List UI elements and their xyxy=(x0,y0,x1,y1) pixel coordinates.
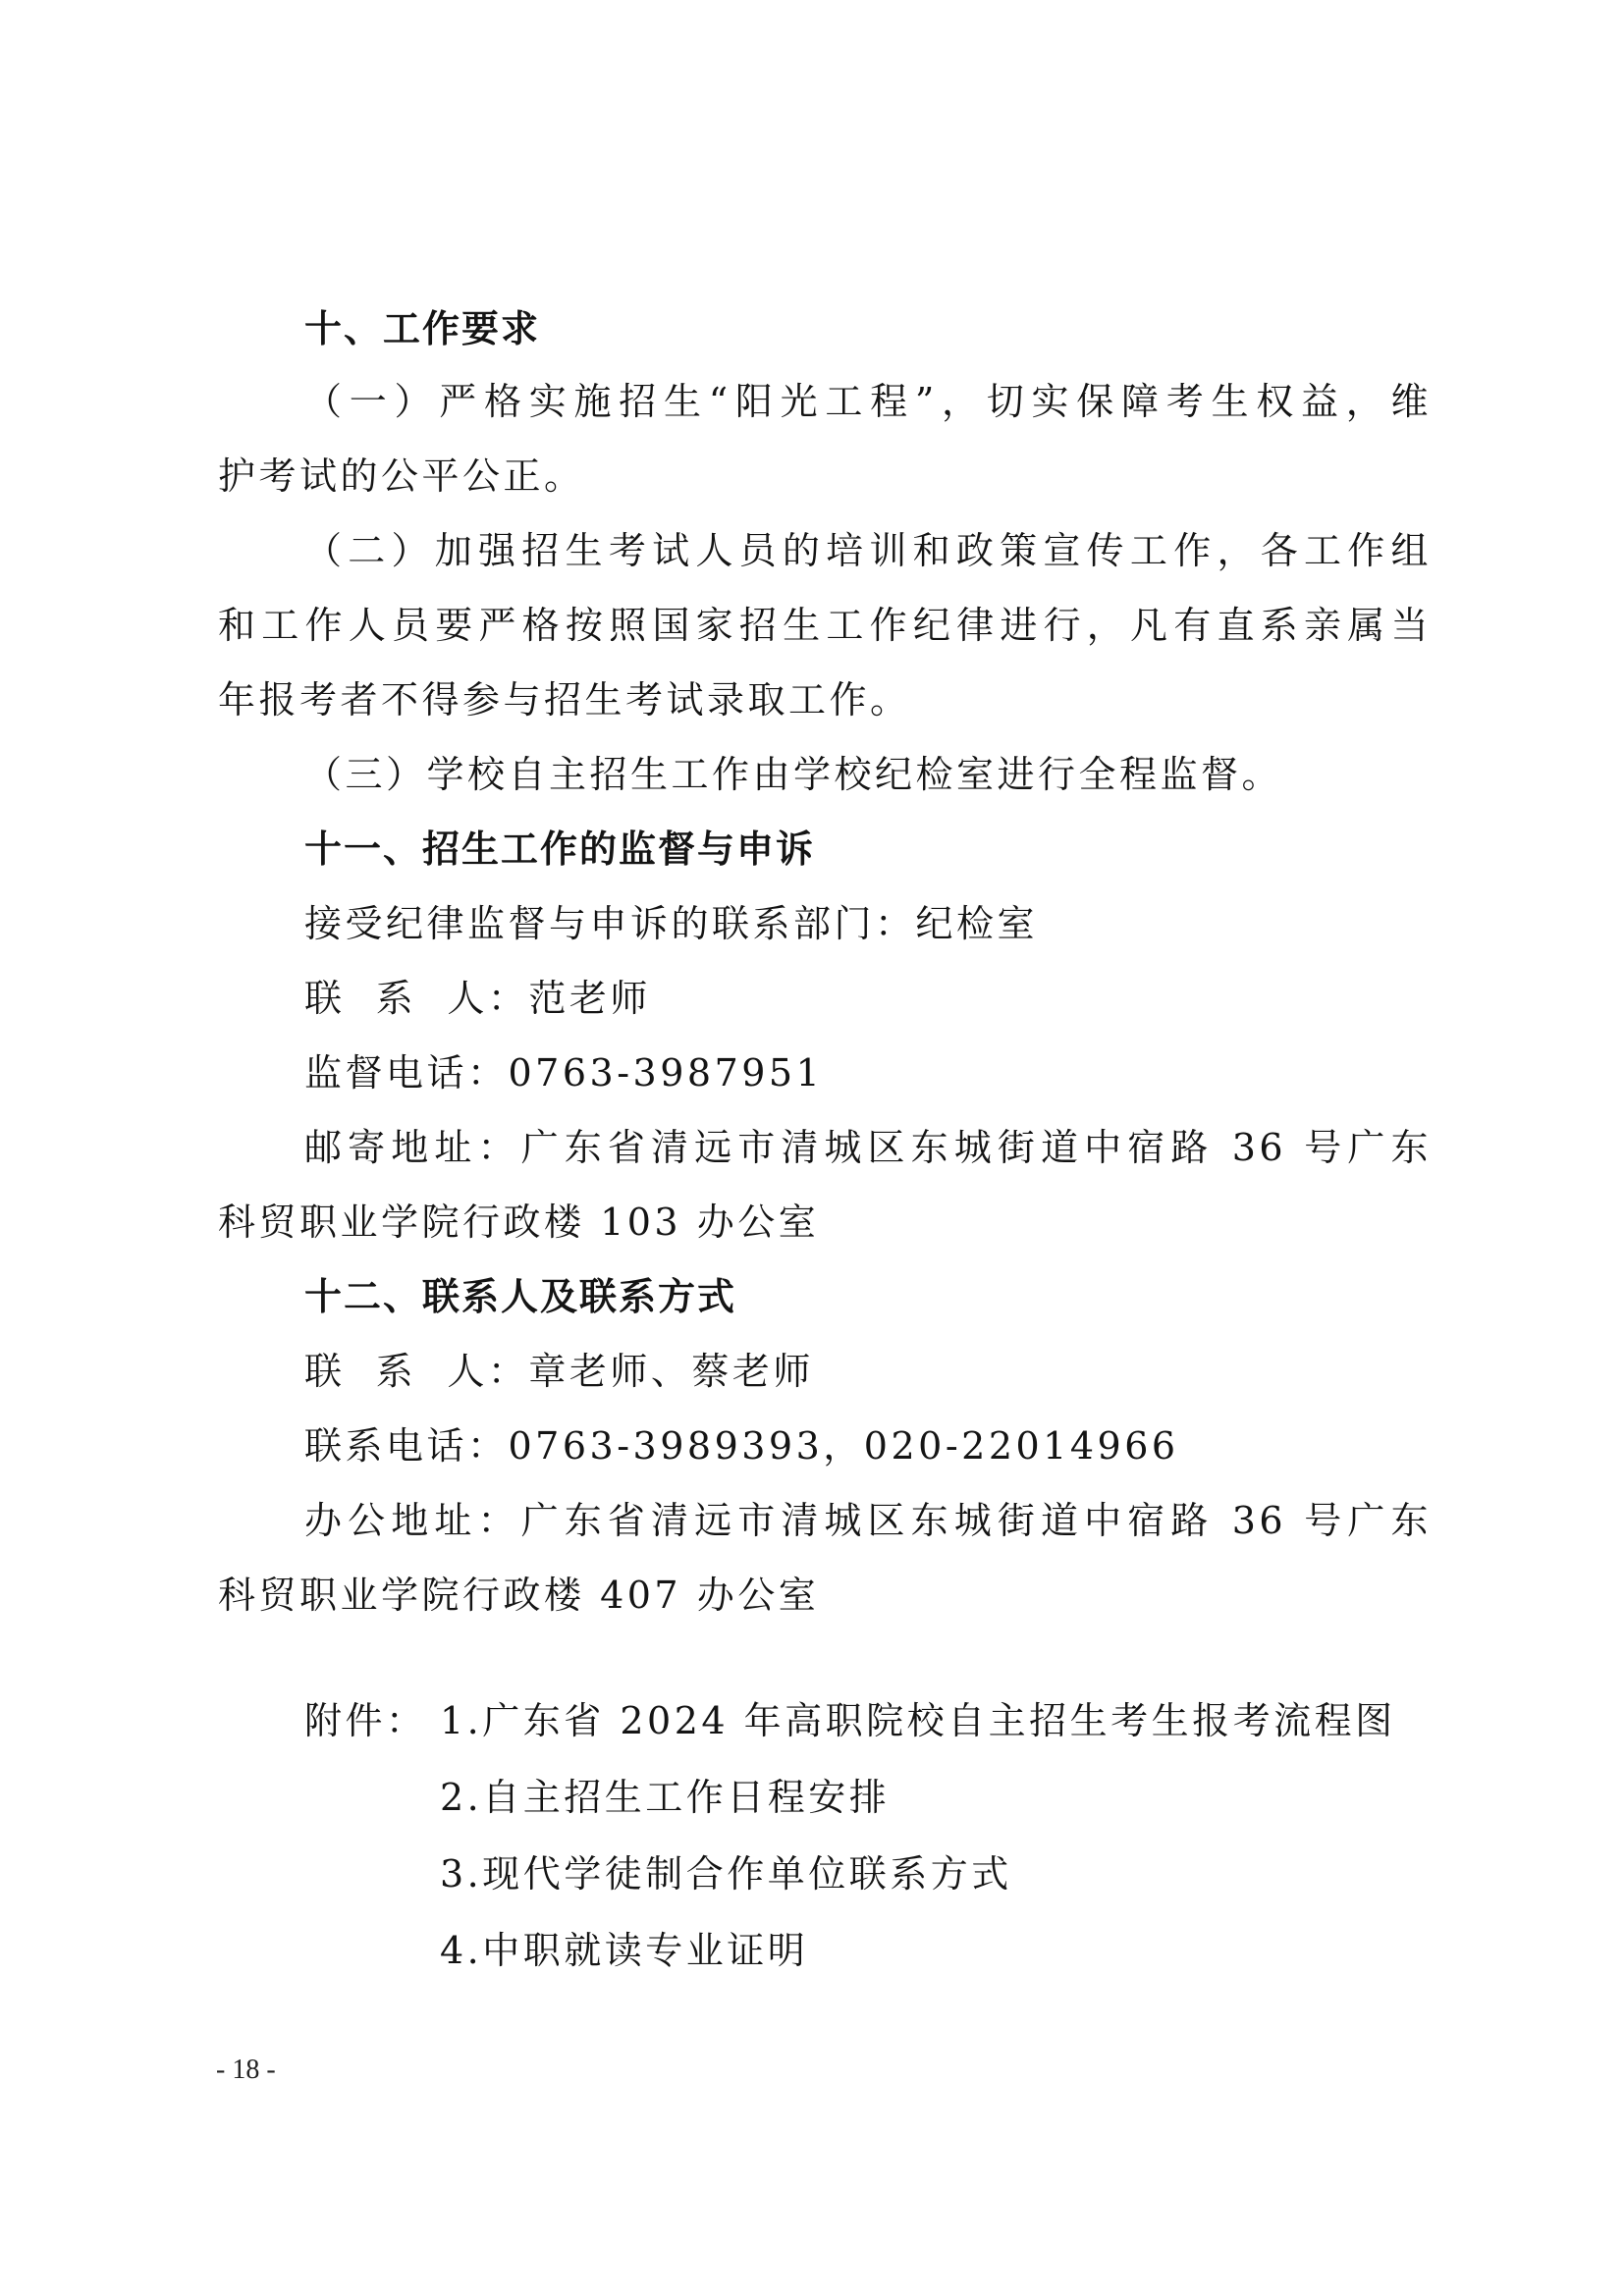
supervision-address-line-2: 科贸职业学院行政楼 103 办公室 xyxy=(218,1200,1435,1245)
supervision-address-line-1: 邮寄地址：广东省清远市清城区东城街道中宿路 36 号广东 xyxy=(304,1125,1432,1170)
contact-persons: 联 系 人：章老师、蔡老师 xyxy=(304,1349,1522,1394)
office-address-line-2: 科贸职业学院行政楼 407 办公室 xyxy=(218,1573,1435,1618)
contact-phone: 联系电话：0763-3989393，020-22014966 xyxy=(304,1423,1522,1468)
attachment-item-4: 4.中职就读专业证明 xyxy=(440,1928,1624,1973)
attachment-item-2: 2.自主招生工作日程安排 xyxy=(440,1775,1624,1820)
page-number: - 18 - xyxy=(216,2055,276,2086)
paragraph-10-2-line-2: 和工作人员要严格按照国家招生工作纪律进行，凡有直系亲属当 xyxy=(218,603,1432,648)
supervision-phone: 监督电话：0763-3987951 xyxy=(304,1050,1522,1095)
supervision-contact-person: 联 系 人：范老师 xyxy=(304,976,1522,1021)
section-12-heading: 十二、联系人及联系方式 xyxy=(304,1274,1522,1319)
office-address-line-1: 办公地址：广东省清远市清城区东城街道中宿路 36 号广东 xyxy=(304,1498,1432,1543)
paragraph-10-3-line-1: （三）学校自主招生工作由学校纪检室进行全程监督。 xyxy=(304,752,1522,797)
attachments-label: 附件： xyxy=(304,1698,427,1743)
paragraph-10-1-line-2: 护考试的公平公正。 xyxy=(218,454,1435,499)
section-11-heading: 十一、招生工作的监督与申诉 xyxy=(304,827,1522,872)
document-page: 十、工作要求 （一）严格实施招生“阳光工程”，切实保障考生权益，维 护考试的公平… xyxy=(0,0,1624,2296)
section-10-heading: 十、工作要求 xyxy=(304,306,1522,351)
attachment-item-3: 3.现代学徒制合作单位联系方式 xyxy=(440,1851,1624,1896)
paragraph-10-2-line-1: （二）加强招生考试人员的培训和政策宣传工作，各工作组 xyxy=(304,528,1432,573)
attachment-item-1: 1.广东省 2024 年高职院校自主招生考生报考流程图 xyxy=(440,1698,1624,1743)
supervision-department: 接受纪律监督与申诉的联系部门：纪检室 xyxy=(304,901,1522,946)
paragraph-10-2-line-3: 年报考者不得参与招生考试录取工作。 xyxy=(218,677,1435,722)
paragraph-10-1-line-1: （一）严格实施招生“阳光工程”，切实保障考生权益，维 xyxy=(304,379,1432,424)
